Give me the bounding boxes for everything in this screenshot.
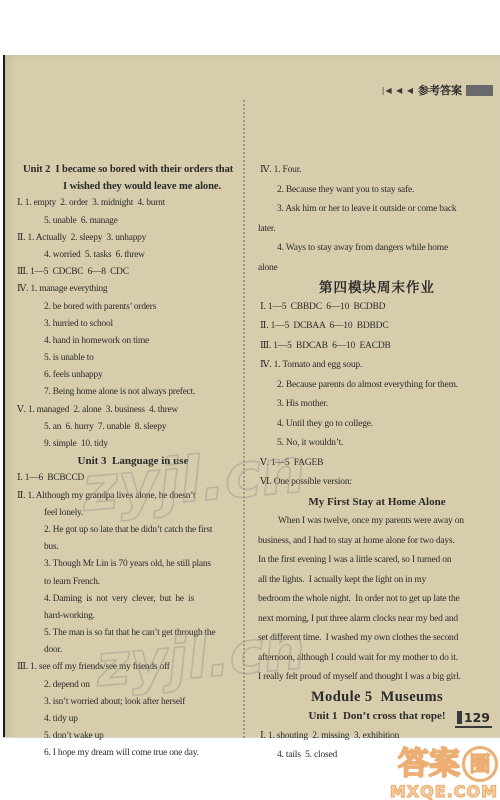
- answer-line: alone: [255, 259, 499, 279]
- answer-line: 3. hurried to school: [17, 316, 249, 333]
- answer-line: When I was twelve, once my parents were …: [255, 512, 499, 532]
- answer-line: 4. worried 5. tasks 6. threw: [17, 247, 249, 264]
- answer-line: 4. tails 5. closed: [255, 746, 499, 766]
- header-title: 参考答案: [418, 82, 462, 98]
- answer-line: bedroom the whole night. In order not to…: [255, 590, 499, 610]
- answers-column-right: Ⅳ. 1. Four.2. Because they want you to s…: [255, 161, 499, 766]
- scanned-book-page: |◀ ◀ ◀ 参考答案 Unit 2 I became so bored wit…: [3, 55, 500, 738]
- answer-line: 3. Ask him or her to leave it outside or…: [255, 200, 499, 220]
- answer-line: 7. Being home alone is not always prefec…: [17, 384, 249, 401]
- answer-line: Ⅲ. 1. see off my friends/see my friends …: [17, 659, 249, 676]
- answer-line: Ⅳ. 1. Four.: [255, 161, 499, 181]
- answer-line: 5. No, it wouldn’t.: [255, 434, 499, 454]
- answer-line: Ⅲ. 1—5 BDCAB 6—10 EACDB: [255, 337, 499, 357]
- answer-line: 2. Because parents do almost everything …: [255, 376, 499, 396]
- answer-line: set different time. I washed my own clot…: [255, 629, 499, 649]
- answer-line: 5. unable 6. manage: [17, 213, 249, 230]
- page-number-bar: [457, 711, 462, 724]
- answer-line: feel lonely.: [17, 505, 249, 522]
- answer-line: afternoon, although I could wait for my …: [255, 649, 499, 669]
- answer-line: Ⅳ. 1. Tomato and egg soup.: [255, 356, 499, 376]
- answer-line: 2. be bored with parents’ orders: [17, 299, 249, 316]
- answer-line: Ⅴ. 1. managed 2. alone 3. business 4. th…: [17, 402, 249, 419]
- answer-line: 5. is unable to: [17, 350, 249, 367]
- answer-line: 5. The man is so fat that he can’t get t…: [17, 625, 249, 642]
- answer-line: Module 5 Museums: [255, 688, 499, 708]
- answer-line: later.: [255, 220, 499, 240]
- answer-line: business, and I had to stay at home alon…: [255, 532, 499, 552]
- answer-line: In the first evening I was a little scar…: [255, 551, 499, 571]
- page-header: |◀ ◀ ◀ 参考答案: [382, 82, 493, 98]
- answer-line: door.: [17, 642, 249, 659]
- answer-line: Ⅰ. 1—6 BCBCCD: [17, 470, 249, 487]
- book-spine-shadow: [3, 55, 5, 737]
- answers-column-left: Unit 2 I became so bored with their orde…: [17, 161, 249, 763]
- answer-line: Ⅳ. 1. manage everything: [17, 281, 249, 298]
- header-bar-decoration: [466, 85, 493, 96]
- answer-line: 9. simple 10. tidy: [17, 436, 249, 453]
- answer-line: I wished they would leave me alone.: [17, 178, 249, 195]
- page-number: 129: [455, 710, 492, 728]
- answer-line: 5. an 6. hurry 7. unable 8. sleepy: [17, 419, 249, 436]
- answer-line: Ⅵ. One possible version:: [255, 473, 499, 493]
- answer-line: 3. Though Mr Lin is 70 years old, he sti…: [17, 556, 249, 573]
- answer-line: 4. Until they go to college.: [255, 415, 499, 435]
- answer-line: Ⅰ. 1—5 CBBDC 6—10 BCDBD: [255, 298, 499, 318]
- answer-line: 3. isn’t worried about; look after herse…: [17, 694, 249, 711]
- answer-line: 2. Because they want you to stay safe.: [255, 181, 499, 201]
- answer-line: Ⅱ. 1—5 DCBAA 6—10 BDBDC: [255, 317, 499, 337]
- answer-line: I really felt proud of myself and though…: [255, 668, 499, 688]
- answer-line: 3. His mother.: [255, 395, 499, 415]
- answer-line: My First Stay at Home Alone: [255, 493, 499, 513]
- answer-line: next morning, I put three alarm clocks n…: [255, 610, 499, 630]
- answer-line: Ⅲ. 1—5 CDCBC 6—8 CDC: [17, 264, 249, 281]
- answer-line: Ⅴ. 1—5 FAGEB: [255, 454, 499, 474]
- previous-arrows-icon: |◀ ◀ ◀: [382, 86, 414, 95]
- answer-line: Ⅱ. 1. Actually 2. sleepy 3. unhappy: [17, 230, 249, 247]
- answer-line: 5. don’t wake up: [17, 728, 249, 745]
- answer-line: 6. I hope my dream will come true one da…: [17, 745, 249, 762]
- answer-line: bus.: [17, 539, 249, 556]
- answer-line: Ⅰ. 1. shouting 2. missing 3. exhibition: [255, 727, 499, 747]
- answer-line: 第四模块周末作业: [255, 278, 499, 298]
- answer-line: to learn French.: [17, 574, 249, 591]
- answer-line: 4. Ways to stay away from dangers while …: [255, 239, 499, 259]
- answer-line: all the lights. I actually kept the ligh…: [255, 571, 499, 591]
- answer-line: Unit 2 I became so bored with their orde…: [17, 161, 249, 178]
- answer-line: 4. tidy up: [17, 711, 249, 728]
- answer-line: 4. hand in homework on time: [17, 333, 249, 350]
- answer-line: Unit 3 Language in use: [17, 453, 249, 470]
- logo-site-url: MXQE.COM: [390, 784, 498, 800]
- answer-line: 4. Daming is not very clever, but he is: [17, 591, 249, 608]
- answer-line: 2. He got up so late that he didn’t catc…: [17, 522, 249, 539]
- page-number-value: 129: [464, 710, 490, 725]
- answer-line: Ⅱ. 1. Although my grandpa lives alone, h…: [17, 488, 249, 505]
- answer-line: Ⅰ. 1. empty 2. order 3. midnight 4. burn…: [17, 195, 249, 212]
- answer-line: hard-working.: [17, 608, 249, 625]
- answer-line: 6. feels unhappy: [17, 367, 249, 384]
- answer-line: 2. depend on: [17, 677, 249, 694]
